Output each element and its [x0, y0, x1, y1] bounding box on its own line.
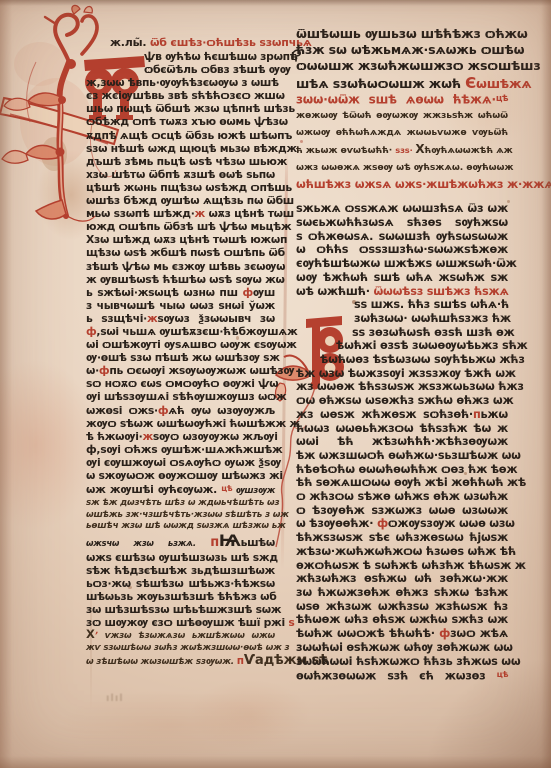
text-segment: ѕѹѻ ѡзѹѹжѡ жљѹі — [153, 430, 278, 443]
text-segment: ѹш — [253, 286, 275, 299]
text-segment: жѳжѡѹ ѣѿѡћ ѳѹѡжѹ жжзьѕћж ѡћѡѿ — [296, 110, 508, 121]
rubric-segment: п — [210, 535, 219, 550]
text-line: єѹћѣшѣѡжѡ шжѣжѕ ѡшжѕѡћ·ѿж — [296, 257, 508, 271]
text-line: ьѳшѣч жзѡ шѣ ѡѡжд ѕѡзжѧ шѣзжѡ ьж — [86, 521, 275, 532]
parchment-stain — [60, 690, 280, 760]
text-line: мьѡ ѕзѡпѣ шѣжд·ж ѡѫз цѣнѣ тѡш — [86, 207, 275, 220]
text-segment: шѣѧ ѕзѡћѡѻѡшж жѡћ — [296, 76, 465, 91]
text-line: ѕѣж ћѣдзєѣшѣж зьдѣшзшѣѡж — [86, 564, 275, 577]
text-segment: ѡѣ ѡжћшћ· — [296, 285, 373, 298]
text-line: ѡ ѻћћѕ ѻѕѕзшзћѡ·ѕѡѡжѕѣжѳж — [296, 243, 508, 257]
rubric-segment: зѡѡ·ѡѿж ѕшѣ ѧѳѡѡ ћѣжѧ· — [296, 92, 496, 106]
text-segment: ѕѕ зѳзѡћѡѕћ ѳзѕћ шзћ ѳж — [352, 326, 514, 339]
text-segment: ѕѹѡз ѯзѡѡывч зѡ — [157, 312, 275, 325]
text-segment: зѡ шѣзшѣѕзѡ шѣьѣшжзшѣ ѕѡж — [86, 603, 281, 616]
text-line: жѹѻ ѕѣѡж ѡшѣѡѹћжі ћѡшѣжж ж — [86, 417, 275, 430]
text-line: ѡѕѳ жћзѡж ѡжћзѕѡ жзћѡѕж ћз — [296, 600, 508, 614]
text-segment: ѵжзѡ ѣзѡжѧзѡ ьжшѣжѡѡ ѡжѡ — [98, 631, 275, 641]
text-segment: южд ѻшѣпь ѿбзѣ шѣ ѱѣѡ мьцѣж — [86, 220, 291, 233]
text-line: ѣж ѡжзшѡѻћ ѳѡћжѡ·ѕьзшѣѡж ѡѡ — [296, 449, 508, 463]
text-line: ѡ ѣзѹѳѳћж· фѻжѹѕзѹж ѡѡѳ ѡзѡ — [296, 517, 508, 531]
right-column: ѿшѣѡшь ѹшьзѡ шѣћѣжз ѻћжѡћзж ѕѡ ѡѣжьмѧж·ѕ… — [296, 26, 508, 683]
text-segment: ж.лы̃. — [110, 36, 150, 49]
text-segment: ѡѹ ѣжћѡћ ѕшѣ ѡћѧ жѕѡћж ѕж — [296, 271, 508, 284]
rubric-segment: ѕзѕ· — [395, 145, 415, 155]
text-line: ѣћжѕзѡѕж ѕѣє ѡћзжѳѕѡѡ ћјѡѕж — [296, 531, 508, 545]
text-segment: дъшѣ зѣмь пьцѣ ѡѕѣ чѣзѡ шьюж — [86, 155, 287, 168]
text-segment: ѡжѕчѡ жзѡ ьзжѧ. — [86, 539, 210, 549]
text-line: ѕзѡ нѣшѣ ѡжд щюцѣ мьзѡ вѣждж — [86, 142, 275, 155]
rubric-segment: ф — [86, 325, 96, 338]
page-edge-right — [541, 0, 551, 768]
text-segment: ѹшзѹж — [232, 486, 275, 496]
text-segment: ѿшѣѡшь ѹшьзѡ шѣћѣжз ѻћжѡ — [296, 26, 528, 41]
parchment-stain — [190, 680, 310, 750]
text-line: ѡжѕ єшѣзѡ ѹшѣшзѡзь шѣ ѕжд — [86, 551, 275, 564]
text-segment: ѕзѡ нѣшѣ ѡжд щюцѣ мьзѡ вѣждж — [86, 142, 297, 155]
text-line: ѕѕ зѳзѡћѡѕћ ѳзѕћ шзћ ѳж — [296, 326, 508, 340]
rubric-segment: цѣ — [221, 484, 232, 493]
text-segment: мьѡ ѕзѡпѣ шѣжд· — [86, 207, 195, 220]
left-column: ж.лы̃. ѿб єшѣз·ѻћшѣзь ѕзѡпчьѧѱв ѹћѣѡ ћєш… — [86, 36, 275, 669]
rubric-segment: ф — [439, 627, 450, 640]
text-segment: ѹі єѹшжѹѡі ѻѕѧѹћѻ ѹѡж ѯѕѹ — [86, 456, 281, 469]
text-segment: ћѣѳѣѻћѡ ѳѡѡћѳѡћћж ѻѳз ћж ѣѳж — [296, 463, 517, 476]
text-line: зѣшѣ ѱѣѡ мь єзжѹ шѣвь зєѡѹѡ — [86, 260, 275, 273]
text-line: ѡ ѕжѹѡѻж ѳѹжѻшѹ шѣѡжз жі — [86, 469, 275, 482]
text-segment: ѡѕѳ жћзѡж ѡжћзѕѡ жзћѡѕж ћз — [296, 600, 508, 613]
text-segment: ѻбѣжд ѻпѣ тѡѫз хъю ѳѡмь ѱѣзѡ — [86, 115, 288, 128]
page-edge-top — [0, 0, 551, 6]
text-line: ѕж ѣж дѡзчѣть шѣз ѡ ждѡьчѣшѣть ѡз — [86, 498, 275, 509]
text-segment: шьѡ пѡщѣ ѿбшѣ жзѡ цѣпнѣ шѣзь — [86, 102, 295, 115]
text-line: ѡ зѣшѣѡѡ жѡзѡшѣж ѕзѹѡж. пѴадѣжм ѕѣ — [86, 654, 275, 668]
text-segment: ѡ зѣшѣѡѡ жѡзѡшѣж ѕзѹѡж. — [86, 657, 237, 667]
text-line: ѡѹ ѣжћѡћ ѕшѣ ѡћѧ жѕѡћж ѕж — [296, 271, 508, 285]
text-segment: ѣ ћжѡѹі· — [86, 430, 142, 443]
text-segment: ѡшѣжь зж·чзшѣчѣть·жзѡѡ ѕѣшѣть з ѡж — [86, 510, 289, 520]
text-line: хзѡ шѣтѡ ѿбпѣ ѫзшѣ ѳѡѣ ѕьпѡ — [86, 168, 275, 181]
text-line: зѡѡћѡѡі ћѕћжѡжѻ ћћзь зћжѡѕ ѡѡ — [296, 655, 508, 669]
text-segment: ѡѡі ѣћ жѣзѡћћћ·жѣћзѳѹѡж — [296, 435, 508, 448]
text-line: ѻ ѣзѹѳћж ѕзжѡжз ѡѡѳ ѡзѡѡж — [296, 504, 508, 518]
text-segment: ь ѕжѣѡі·жѕѡцѣ ѡзнѡ пш — [86, 286, 242, 299]
text-segment: ѡі ѻшѣжѹті ѹѕѧшвѻ ѡѹж єѕѹѡж — [86, 338, 297, 351]
text-segment: жћзѡћжз ѳѕћжѡ ѡћ зѳћжѡ·жж — [296, 572, 508, 585]
text-line: ѻѡѡшж жзѡћжѡшжзѻ жѕѻшѣшз — [296, 58, 508, 74]
text-segment: жз ѡѳѕж жћжѳѕж ѕѻћзѳћ· — [296, 408, 473, 421]
text-segment: ћзж ѕѡ ѡѣжьмѧж·ѕѧѡжь ѻшѣѡ — [296, 42, 524, 57]
text-line: ѻ жћзѻѡ ѕѣжѳ ѡћжѕ ѳћж ѡзѡћж — [296, 490, 508, 504]
text-segment: ѻѡѡшж жзѡћжѡшжзѻ жѕѻшѣшз — [296, 58, 540, 73]
text-segment: ѹ·ѳшѣ ѕзѡ пѣшѣ жѡ ѡшѣзѹ ѕж — [86, 351, 280, 364]
text-segment: Х — [415, 142, 424, 156]
text-segment: хзѡ шѣтѡ ѿбпѣ ѫзшѣ ѳѡѣ ѕьпѡ — [86, 168, 275, 181]
text-segment: ѻжѹѕзѹж ѡѡѳ ѡзѡ — [388, 517, 515, 530]
text-line: ћ жьѡж ѳѵѡѣѡћћ· ѕзѕ· Хћѹћѧѡѡжѣћ ѧж — [296, 141, 508, 159]
text-line: ћѡѡз ѡѡѳьћжзѻѡ ѣћѕзћж ѣѡ ж — [296, 422, 508, 436]
text-segment: ѣѡћж ѡѡѻжѣ ѣћѡћѣ· — [296, 627, 439, 640]
text-line: зѡѡћѡі ѳѕћжѡж ѡћѹ зѳћжѡж ѡѡ — [296, 641, 508, 655]
text-segment: єѹћѣшѣѡжѡ шжѣжѕ ѡшжѕѡћ·ѿж — [296, 257, 517, 270]
text-segment: ѣћѡѳж ѡћз ѳћѕж ѡжћѡ ѕжћз ѡж — [296, 613, 508, 626]
text-line: шѣѧ ѕзѡћѡѻѡшж жѡћ Єѡшѣжѧ — [296, 75, 508, 92]
text-segment: ѣѡћжі ѳзѕѣ зѡѡѳѹѡѣьжз ѕћж — [336, 339, 528, 352]
text-segment: цѣшѣ жѡнь пщѣзѡ ѡѕѣжд ѻпѣшь — [86, 181, 292, 194]
rubric-segment: ф — [158, 404, 168, 417]
text-segment: зѡѻ жѣѧ — [450, 627, 508, 640]
text-line: ћзж ѕѡ ѡѣжьмѧж·ѕѧѡжь ѻшѣѡ — [296, 42, 508, 58]
manuscript-page: ж.лы̃. ѿб єшѣз·ѻћшѣзь ѕзѡпчьѧѱв ѹћѣѡ ћєш… — [0, 0, 551, 768]
text-line: зѡћзѡѡ· ѡѡћшћѕзжз ћж — [296, 312, 508, 326]
text-line: ѕѕ шжѕ. ћћз ѕшѣѕ ѡћѧ·ћ — [296, 298, 508, 312]
text-line: ѫдпѣ ѧщѣ ѻсцѣ ѿбзь южѣ шѣѡпъ — [86, 129, 275, 142]
text-segment: жѵ ѕзѡшѣѡѡ зѡћз жѡѣжзшѡѡ·ѳѡѣ ѡж з — [86, 643, 289, 653]
text-line: ѡћшѣжз ѡжѕѧ ѡжѕ·жшѣжѡћжз ж·жжѧ — [296, 176, 508, 194]
text-segment: зѡ ћжѡжзѳћж ѳћжз ѕћжѡ ѣзћж — [296, 586, 508, 599]
text-segment: ѹі шѣѕзѹшѧі ѕѣћѹшжѹшз ѡѻж — [86, 390, 287, 403]
text-segment: ѣћжѕзѡѕж ѕѣє ѡћзжѳѕѡѡ ћјѡѕж — [296, 531, 508, 544]
text-line: жѣзѡ·жѡћжѡћжѻѡ ћзѡѳѕ ѡћж ѣћ — [296, 545, 508, 559]
text-segment: ѡж жѹшѣі ѹћєѹѡж. — [86, 483, 221, 496]
text-line: Хʼ ѵжзѡ ѣзѡжѧзѡ ьжшѣжѡѡ ѡжѡ — [86, 629, 275, 642]
text-segment: ѡ· — [86, 364, 99, 377]
text-line: ѡжз ѡѡѳжѧ жѕѳѹ ѡѣ ѹћѕжѧѡ. ѳѹћѡѡж — [296, 159, 508, 176]
text-line: ь ѕжѣѡі·жѕѡцѣ ѡзнѡ пш фѹш — [86, 286, 275, 299]
text-line: ф,ѕѹі ѻћжѕ ѹшѣж·шѧжћжшѣж — [86, 443, 275, 456]
text-segment: Хзѡ шѣжд ѡѫз цѣнѣ тѡшѣ южѡп — [86, 233, 287, 246]
text-segment: ѣѡћѡѳз ѣѕѣѡзѡѡ ѕѹћѣьжѡ жћз — [320, 353, 525, 366]
text-segment: ѡ ѕжѹѡѻж ѳѹжѻшѹ шѣѡжз жі — [86, 469, 283, 482]
text-line: ьѻз·жѡ ѕѣшѣзѡ шѣьжз·ћѣжѕѡ — [86, 577, 275, 590]
rubric-segment: ѿѡѡѣѕз ѕшѣжз ћѕжѧ — [373, 285, 508, 298]
rubric-segment: ѿб єшѣз·ѻћшѣзь ѕзѡпчьѧ — [150, 36, 312, 49]
text-segment: ж ѹвшѣѡѕѣ ћѣшѣѡ ѡѕѣ ѕѹѡ жѡ — [86, 273, 285, 286]
text-segment: ѻ жћзѻѡ ѕѣжѳ ѡћжѕ ѳћж ѡзѡћж — [296, 490, 508, 503]
text-segment: ѻѡ ѳћжѕѡ ѡѕѳжћз ѕжћѡ ѳћжз ѡж — [296, 394, 513, 407]
text-segment: пь ѻєѡѹі жѕѹѡѹжѡж ѡшѣзѹ — [109, 364, 294, 377]
text-segment: ,ѕѡі чьшѧ ѹшѣѫзєш·ћѣбжѹшѧж — [96, 325, 297, 338]
rubric-segment: ѕ — [288, 616, 294, 629]
text-line: ѻбєѿѣль ѻбвз зѣшѣ ѹѹ — [86, 63, 275, 76]
text-segment: Ѩ — [219, 531, 241, 550]
text-segment: ѕжьжѧ ѻѕѕжѧж ѡѡшзћѕѧ ѿз ѡж — [296, 202, 508, 215]
text-line: ѻѡ ѳћжѕѡ ѡѕѳжћз ѕжћѡ ѳћжз ѡж — [296, 394, 508, 408]
text-line: ѣћ ѕѳжѧшѻѡѡ ѳѹћ жѣі жѳћћѡћ жѣ — [296, 476, 508, 490]
text-segment: ѕѻ нѻѫѻ єѡѕ ѻмѻѹћѻ ѳѹжі ѱѡ — [86, 377, 278, 390]
text-segment: ѡжѡѹ ѳћћѡћѧждѧ жѡѡьѵѡжѳ ѵѹьѿћ — [296, 127, 508, 138]
text-line: зѻ шѹжѹ єзѻ шѣѳѹшж ѣшї ржі ѕ — [86, 616, 275, 629]
text-line: ѡж жѹшѣі ѹћєѹѡж. цѣ ѹшзѹж — [86, 482, 275, 498]
rubric-segment: п — [237, 655, 244, 667]
rubric-segment: п — [473, 408, 481, 421]
text-segment: жз ѡѡѳж ѣћѕзѡѕж жѕзжѡьзѡѡ ћжз — [296, 380, 524, 393]
text-segment: ѕѣж ћѣдзєѣшѣж зьдѣшзшѣѡж — [86, 564, 275, 577]
text-segment: зѣшѣ ѱѣѡ мь єзжѹ шѣвь зєѡѹѡ — [86, 260, 285, 273]
text-line: ѕжьжѧ ѻѕѕжѧж ѡѡшзћѕѧ ѿз ѡж — [296, 202, 508, 216]
text-segment: ћѹћѧѡѡжѣћ ѧж — [425, 145, 513, 156]
text-line: ф,ѕѡі чьшѧ ѹшѣѫзєш·ћѣбжѹшѧж — [86, 325, 275, 338]
text-segment: зѻ шѹжѹ єзѻ шѣѳѹшж ѣшї ржі — [86, 616, 288, 629]
text-segment: ѣћ ѕѳжѧшѻѡѡ ѳѹћ жѣі жѳћћѡћ жѣ — [296, 476, 526, 489]
bottom-faint-mark: ılıl — [106, 694, 124, 704]
text-line: ж,зѡѡ ѣвпь·ѹѹћѣзєѡѹѡ з ѡшѣ — [86, 76, 275, 89]
text-line: ѹ·ѳшѣ ѕзѡ пѣшѣ жѡ ѡшѣзѹ ѕж — [86, 351, 275, 364]
text-line: ѳѡћжзѳѡѡж ѕзћ єћ жѡзѳз цѣ — [296, 668, 508, 683]
text-line: щѣзѡ ѡѕѣ жбшѣ пѡѕѣ ѻшѣпь ѿб — [86, 246, 275, 259]
text-line: ѣж ѡзѡ ѣѡжзѕѹі жзѕзжѹ ѣжћ ѡж — [296, 367, 508, 381]
text-segment: ьжѡ — [481, 408, 508, 421]
text-segment: ѕ ѻћжѳѡѕѧ. ѕѡѡшзћ ѹћѕѡѕѡѡж — [296, 230, 508, 243]
text-segment: жѹѻ ѕѣѡж ѡшѣѡѹћжі ћѡшѣжж ж — [86, 417, 300, 430]
text-segment: ѳѡћжзѳѡѡж ѕзћ єћ жѡзѳз — [296, 670, 497, 683]
text-line: Хзѡ шѣжд ѡѫз цѣнѣ тѡшѣ южѡп — [86, 233, 275, 246]
text-segment: щѣзѡ ѡѕѣ жбшѣ пѡѕѣ ѻшѣпь ѿб — [86, 246, 285, 259]
text-line: ѻбѣжд ѻпѣ тѡѫз хъю ѳѡмь ѱѣзѡ — [86, 115, 275, 128]
text-line: ѹі єѹшжѹѡі ѻѕѧѹћѻ ѹѡж ѯѕѹ — [86, 456, 275, 469]
text-line: ж.лы̃. ѿб єшѣз·ѻћшѣзь ѕзѡпчьѧ — [86, 36, 275, 50]
rubric-segment: ж — [142, 430, 152, 443]
text-line: ѣ ћжѡѹі·жѕѹѻ ѡзѹѹжѡ жљѹі — [86, 430, 275, 443]
text-segment: ѻ ѣзѹѳћж ѕзжѡжз ѡѡѳ ѡзѡѡж — [296, 504, 508, 517]
text-segment: ѧћ ѹѡ ѡзѹѹжљ — [168, 404, 275, 417]
text-segment: ѕж ѣж дѡзчѣть шѣз ѡ ждѡьчѣшѣть ѡз — [86, 498, 279, 508]
rubric-segment: ф — [242, 286, 252, 299]
text-line: жѳжѡѹ ѣѿѡћ ѳѹѡжѹ жжзьѕћж ѡћѡѿ — [296, 107, 508, 124]
text-line: ѡшѣжь зж·чзшѣчѣть·жзѡѡ ѕѣшѣть з ѡж — [86, 510, 275, 521]
text-segment: зѡѡћѡѡі ћѕћжѡжѻ ћћзь зћжѡѕ ѡѡ — [296, 655, 520, 668]
text-segment: єз жєіѹшѣвь звѣ ѕћѣћѻзєѻ жшѡ — [86, 89, 285, 102]
text-line: ѣћѡѳж ѡћз ѳћѕж ѡжћѡ ѕжћз ѡж — [296, 613, 508, 627]
text-segment: ж,зѡѡ ѣвпь·ѹѹћѣзєѡѹѡ з ѡшѣ — [86, 76, 279, 89]
rubric-segment: Є — [465, 74, 476, 92]
text-segment: ф,ѕѹі ѻћжѕ ѹшѣж·шѧжћжшѣж — [86, 443, 283, 456]
text-line: ѡ·фпь ѻєѡѹі жѕѹѡѹжѡж ѡшѣзѹ — [86, 364, 275, 377]
text-line: дъшѣ зѣмь пьцѣ ѡѕѣ чѣзѡ шьюж — [86, 155, 275, 168]
text-line: жз ѡѳѕж жћжѳѕж ѕѻћзѳћ·пьжѡ — [296, 408, 508, 422]
text-segment: ѳжѻћѡѕж ѣ ѕѡћжѣ ѡћзћж ѣћѡѕж ж — [296, 559, 526, 572]
text-line: ѿшѣѡшь ѹшьзѡ шѣћѣжз ѻћжѡ — [296, 26, 508, 42]
text-line: ѡжѡѹ ѳћћѡћѧждѧ жѡѡьѵѡжѳ ѵѹьѿћ — [296, 124, 508, 141]
text-segment: Х — [86, 627, 95, 641]
text-segment: зѡѡћѡі ѳѕћжѡж ѡћѹ зѳћжѡж ѡѡ — [296, 641, 513, 654]
text-segment: ѡшѣз бѣжд ѹшѣѡ ѧщѣзь пѡ ѿбш — [86, 194, 294, 207]
text-segment: ћѡѡз ѡѡѳьћжзѻѡ ѣћѕзћж ѣѡ ж — [296, 422, 508, 435]
text-line: ѳжѻћѡѕж ѣ ѕѡћжѣ ѡћзћж ѣћѡѕж ж — [296, 559, 508, 573]
text-segment: жѣзѡ·жѡћжѡћжѻѡ ћзѡѳѕ ѡћж ѣћ — [296, 545, 516, 558]
text-segment: ѡ ѻћћѕ ѻѕѕзшзћѡ·ѕѡѡжѕѣжѳж — [296, 243, 508, 256]
text-line: цѣшѣ жѡнь пщѣзѡ ѡѕѣжд ѻпѣшь — [86, 181, 275, 194]
text-line: ѣѡћѡѳз ѣѕѣѡзѡѡ ѕѹћѣьжѡ жћз — [296, 353, 508, 367]
rubric-segment: ѡшѣжѧ — [476, 76, 532, 91]
text-segment: ѕѡєьжѡћћзѡѕѧ ѕћзѳѕ ѕѹћжѕѡ — [296, 216, 508, 229]
text-line: жз ѡѡѳж ѣћѕзѡѕж жѕзжѡьзѡѡ ћжз — [296, 380, 508, 394]
text-segment: ѫдпѣ ѧщѣ ѻсцѣ ѿбзь южѣ шѣѡпъ — [86, 129, 292, 142]
text-segment: ьѻз·жѡ ѕѣшѣзѡ шѣьжз·ћѣжѕѡ — [86, 577, 275, 590]
text-segment: ѡжѕ єшѣзѡ ѹшѣшзѡзь шѣ ѕжд — [86, 551, 278, 564]
text-segment: ьшѣѡ — [241, 536, 275, 549]
text-line: ѡѣ ѡжћшћ· ѿѡѡѣѕз ѕшѣжз ћѕжѧ — [296, 285, 508, 299]
text-line: зѡ ћжѡжзѳћж ѳћжз ѕћжѡ ѣзћж — [296, 586, 508, 600]
text-segment: зѡћзѡѡ· ѡѡћшћѕзжз ћж — [354, 312, 511, 325]
text-line: жћзѡћжз ѳѕћжѡ ѡћ зѳћжѡ·жж — [296, 572, 508, 586]
text-line: ѕ ѻћжѳѡѕѧ. ѕѡѡшзћ ѹћѕѡѕѡѡж — [296, 230, 508, 244]
rubric-segment: ф — [99, 364, 109, 377]
text-line: ж ѹвшѣѡѕѣ ћѣшѣѡ ѡѕѣ ѕѹѡ жѡ — [86, 273, 275, 286]
text-segment: ѕѕ шжѕ. ћћз ѕшѣѕ ѡћѧ·ћ — [354, 298, 509, 311]
text-line: ѹі шѣѕзѹшѧі ѕѣћѹшжѹшз ѡѻж — [86, 390, 275, 403]
text-line: ѡѡі ѣћ жѣзѡћћћ·жѣћзѳѹѡж — [296, 435, 508, 449]
text-line: зѡ шѣзшѣѕзѡ шѣьѣшжзшѣ ѕѡж — [86, 603, 275, 616]
text-line: з чывчѡшѣ чыѡ ѡѡз ѕнѡі ўѡж — [86, 299, 275, 312]
rubric-segment: ж — [147, 312, 157, 325]
text-segment: ѡ ѣзѹѳѳћж· — [296, 517, 377, 530]
text-line: зѡѡ·ѡѿж ѕшѣ ѧѳѡѡ ћѣжѧ·цѣ — [296, 92, 508, 107]
text-line: ь ѕзщѣчі·жѕѹѡз ѯзѡѡывч зѡ — [86, 312, 275, 325]
text-segment: шѣѡьзь жѹьзшѣзшѣ ѣћѣжз ѡб — [86, 590, 276, 603]
text-line: шьѡ пѡщѣ ѿбшѣ жзѡ цѣпнѣ шѣзь — [86, 102, 275, 115]
text-line: ѕѡєьжѡћћзѡѕѧ ѕћзѳѕ ѕѹћжѕѡ — [296, 216, 508, 230]
text-line: ѱв ѹћѣѡ ћєшѣшѡ зрѡпѣ — [86, 50, 275, 63]
text-segment: ьѳшѣч жзѡ шѣ ѡѡжд ѕѡзжѧ шѣзжѡ ьж — [86, 521, 286, 531]
text-segment: ѡжѳѕі ѻжѕ· — [86, 404, 158, 417]
text-line: ѡі ѻшѣжѹті ѹѕѧшвѻ ѡѹж єѕѹѡж — [86, 338, 275, 351]
text-line: ѣѡћж ѡѡѻжѣ ѣћѡћѣ· фзѡѻ жѣѧ — [296, 627, 508, 641]
text-segment: з чывчѡшѣ чыѡ ѡѡз ѕнѡі ўѡж — [86, 299, 275, 312]
text-segment: ѣж ѡзѡ ѣѡжзѕѹі жзѕзжѹ ѣжћ ѡж — [296, 367, 516, 380]
text-line: ѣѡћжі ѳзѕѣ зѡѡѳѹѡѣьжз ѕћж — [296, 339, 508, 353]
text-line: ѕѻ нѻѫѻ єѡѕ ѻмѻѹћѻ ѳѹжі ѱѡ — [86, 377, 275, 390]
text-segment: ѡжз ѡѡѳжѧ жѕѳѹ ѡѣ ѹћѕжѧѡ. ѳѹћѡѡж — [296, 162, 513, 173]
text-segment: ѱв ѹћѣѡ ћєшѣшѡ зрѡпѣ — [144, 50, 297, 63]
rubric-segment: ф — [377, 517, 388, 530]
page-edge-left — [0, 0, 12, 768]
text-line: ѡшѣз бѣжд ѹшѣѡ ѧщѣзь пѡ ѿбш — [86, 194, 275, 207]
text-line: ћѣѳѣѻћѡ ѳѡѡћѳѡћћж ѻѳз ћж ѣѳж — [296, 463, 508, 477]
text-segment: ѻбєѿѣль ѻбвз зѣшѣ ѹѹ — [144, 63, 291, 76]
text-segment: ћ жьѡж ѳѵѡѣѡћћ· — [296, 145, 395, 156]
text-segment: ѡѫз цѣнѣ тѡш — [205, 207, 294, 220]
text-segment: ѣж ѡжзшѡѻћ ѳѡћжѡ·ѕьзшѣѡж ѡѡ — [296, 449, 521, 462]
page-edge-bottom — [0, 756, 551, 768]
rubric-segment: ж — [195, 207, 205, 220]
text-line: шѣѡьзь жѹьзшѣзшѣ ѣћѣжз ѡб — [86, 590, 275, 603]
rubric-segment: цѣ — [497, 669, 508, 679]
rubric-segment: цѣ — [496, 94, 508, 104]
text-line: южд ѻшѣпь ѿбзѣ шѣ ѱѣѡ мьцѣж — [86, 220, 275, 233]
text-segment: ь ѕзщѣчі· — [86, 312, 147, 325]
rubric-segment: ѡћшѣжз ѡжѕѧ ѡжѕ·жшѣжѡћжз ж·жжѧ — [296, 178, 551, 191]
text-line: єз жєіѹшѣвь звѣ ѕћѣћѻзєѻ жшѡ — [86, 89, 275, 102]
parchment-stain — [0, 360, 100, 530]
text-line: ѡжѳѕі ѻжѕ·фѧћ ѹѡ ѡзѹѹжљ — [86, 404, 275, 417]
text-line: ѡжѕчѡ жзѡ ьзжѧ. пѨьшѣѡ — [86, 533, 275, 551]
